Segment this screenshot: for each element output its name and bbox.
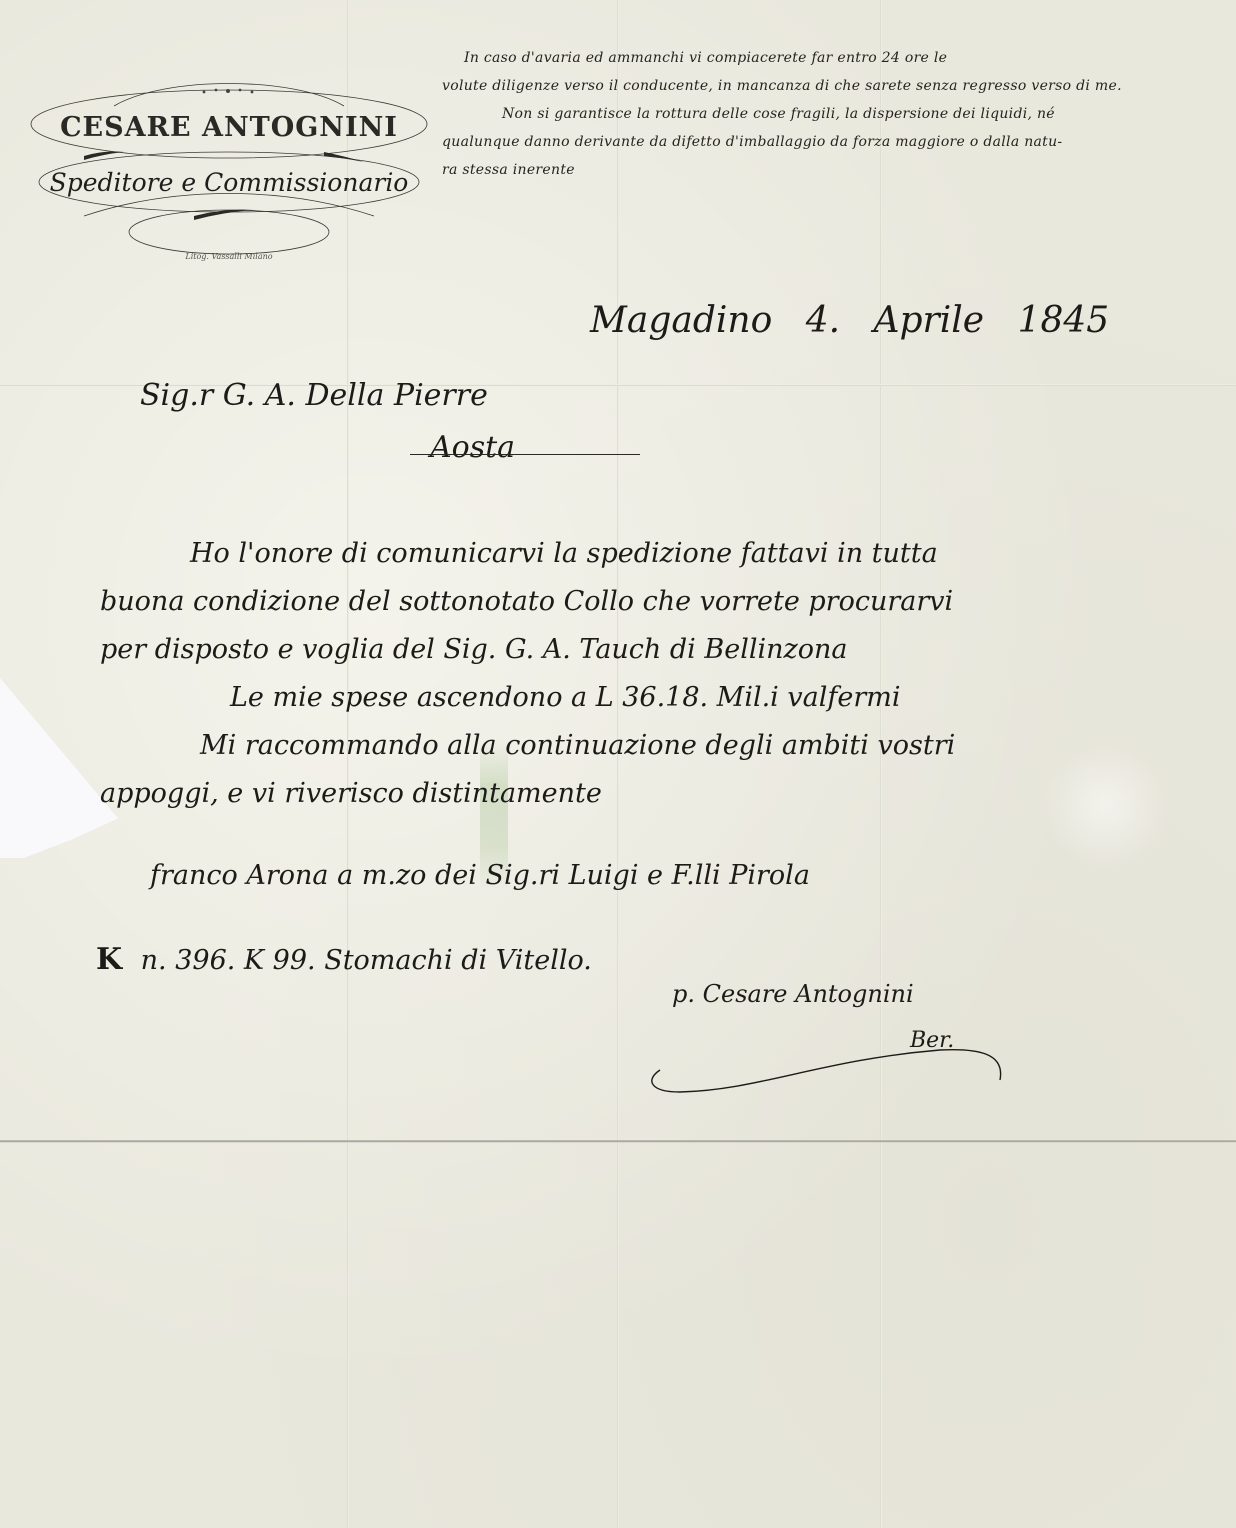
signature-flourish-icon bbox=[640, 1030, 1020, 1100]
place: Magadino bbox=[590, 300, 772, 341]
addressee-city: Aosta bbox=[430, 430, 515, 465]
firm-name: CESARE ANTOGNINI bbox=[34, 112, 424, 143]
letter-body: Ho l'onore di comunicarvi la spedizione … bbox=[100, 530, 1100, 818]
terms-line: volute diligenze verso il conducente, in… bbox=[442, 72, 1232, 100]
shipping-terms: In caso d'avaria ed ammanchi vi compiace… bbox=[452, 44, 1232, 184]
goods-line: K n. 396. K 99. Stomachi di Vitello. bbox=[96, 942, 592, 977]
day: 4. bbox=[806, 300, 840, 341]
signature: p. Cesare Antognini bbox=[672, 980, 914, 1008]
shipping-note: franco Arona a m.zo dei Sig.ri Luigi e F… bbox=[150, 860, 810, 891]
terms-line: ra stessa inerente bbox=[442, 156, 1232, 184]
terms-line: Non si garantisce la rottura delle cose … bbox=[452, 100, 1232, 128]
package-mark: K bbox=[96, 942, 122, 977]
underline bbox=[410, 454, 640, 455]
month: Aprile bbox=[874, 300, 985, 341]
letterhead: CESARE ANTOGNINI Speditore e Commissiona… bbox=[24, 76, 434, 266]
body-line: Le mie spese ascendono a L 36.18. Mil.i … bbox=[100, 674, 1100, 722]
terms-line: qualunque danno derivante da difetto d'i… bbox=[442, 128, 1232, 156]
body-line: appoggi, e vi riverisco distintamente bbox=[100, 770, 1100, 818]
body-line: Ho l'onore di comunicarvi la spedizione … bbox=[100, 530, 1100, 578]
terms-line: In caso d'avaria ed ammanchi vi compiace… bbox=[452, 44, 1232, 72]
addressee: Sig.r G. A. Della Pierre Aosta bbox=[140, 378, 488, 413]
goods-description: n. 396. K 99. Stomachi di Vitello. bbox=[141, 945, 592, 976]
printer-credit: Litog. Vassalli Milano bbox=[24, 252, 434, 261]
addressee-name: Sig.r G. A. Della Pierre bbox=[140, 378, 488, 413]
body-line: Mi raccommando alla continuazione degli … bbox=[100, 722, 1100, 770]
letter-paper: CESARE ANTOGNINI Speditore e Commissiona… bbox=[0, 0, 1236, 1528]
horizontal-fold-line bbox=[0, 1140, 1236, 1143]
body-line: buona condizione del sottonotato Collo c… bbox=[100, 578, 1100, 626]
dateline: Magadino 4. Aprile 1845 bbox=[590, 300, 1131, 341]
body-line: per disposto e voglia del Sig. G. A. Tau… bbox=[100, 626, 1100, 674]
year: 1845 bbox=[1018, 300, 1110, 341]
firm-role: Speditore e Commissionario bbox=[34, 168, 424, 197]
